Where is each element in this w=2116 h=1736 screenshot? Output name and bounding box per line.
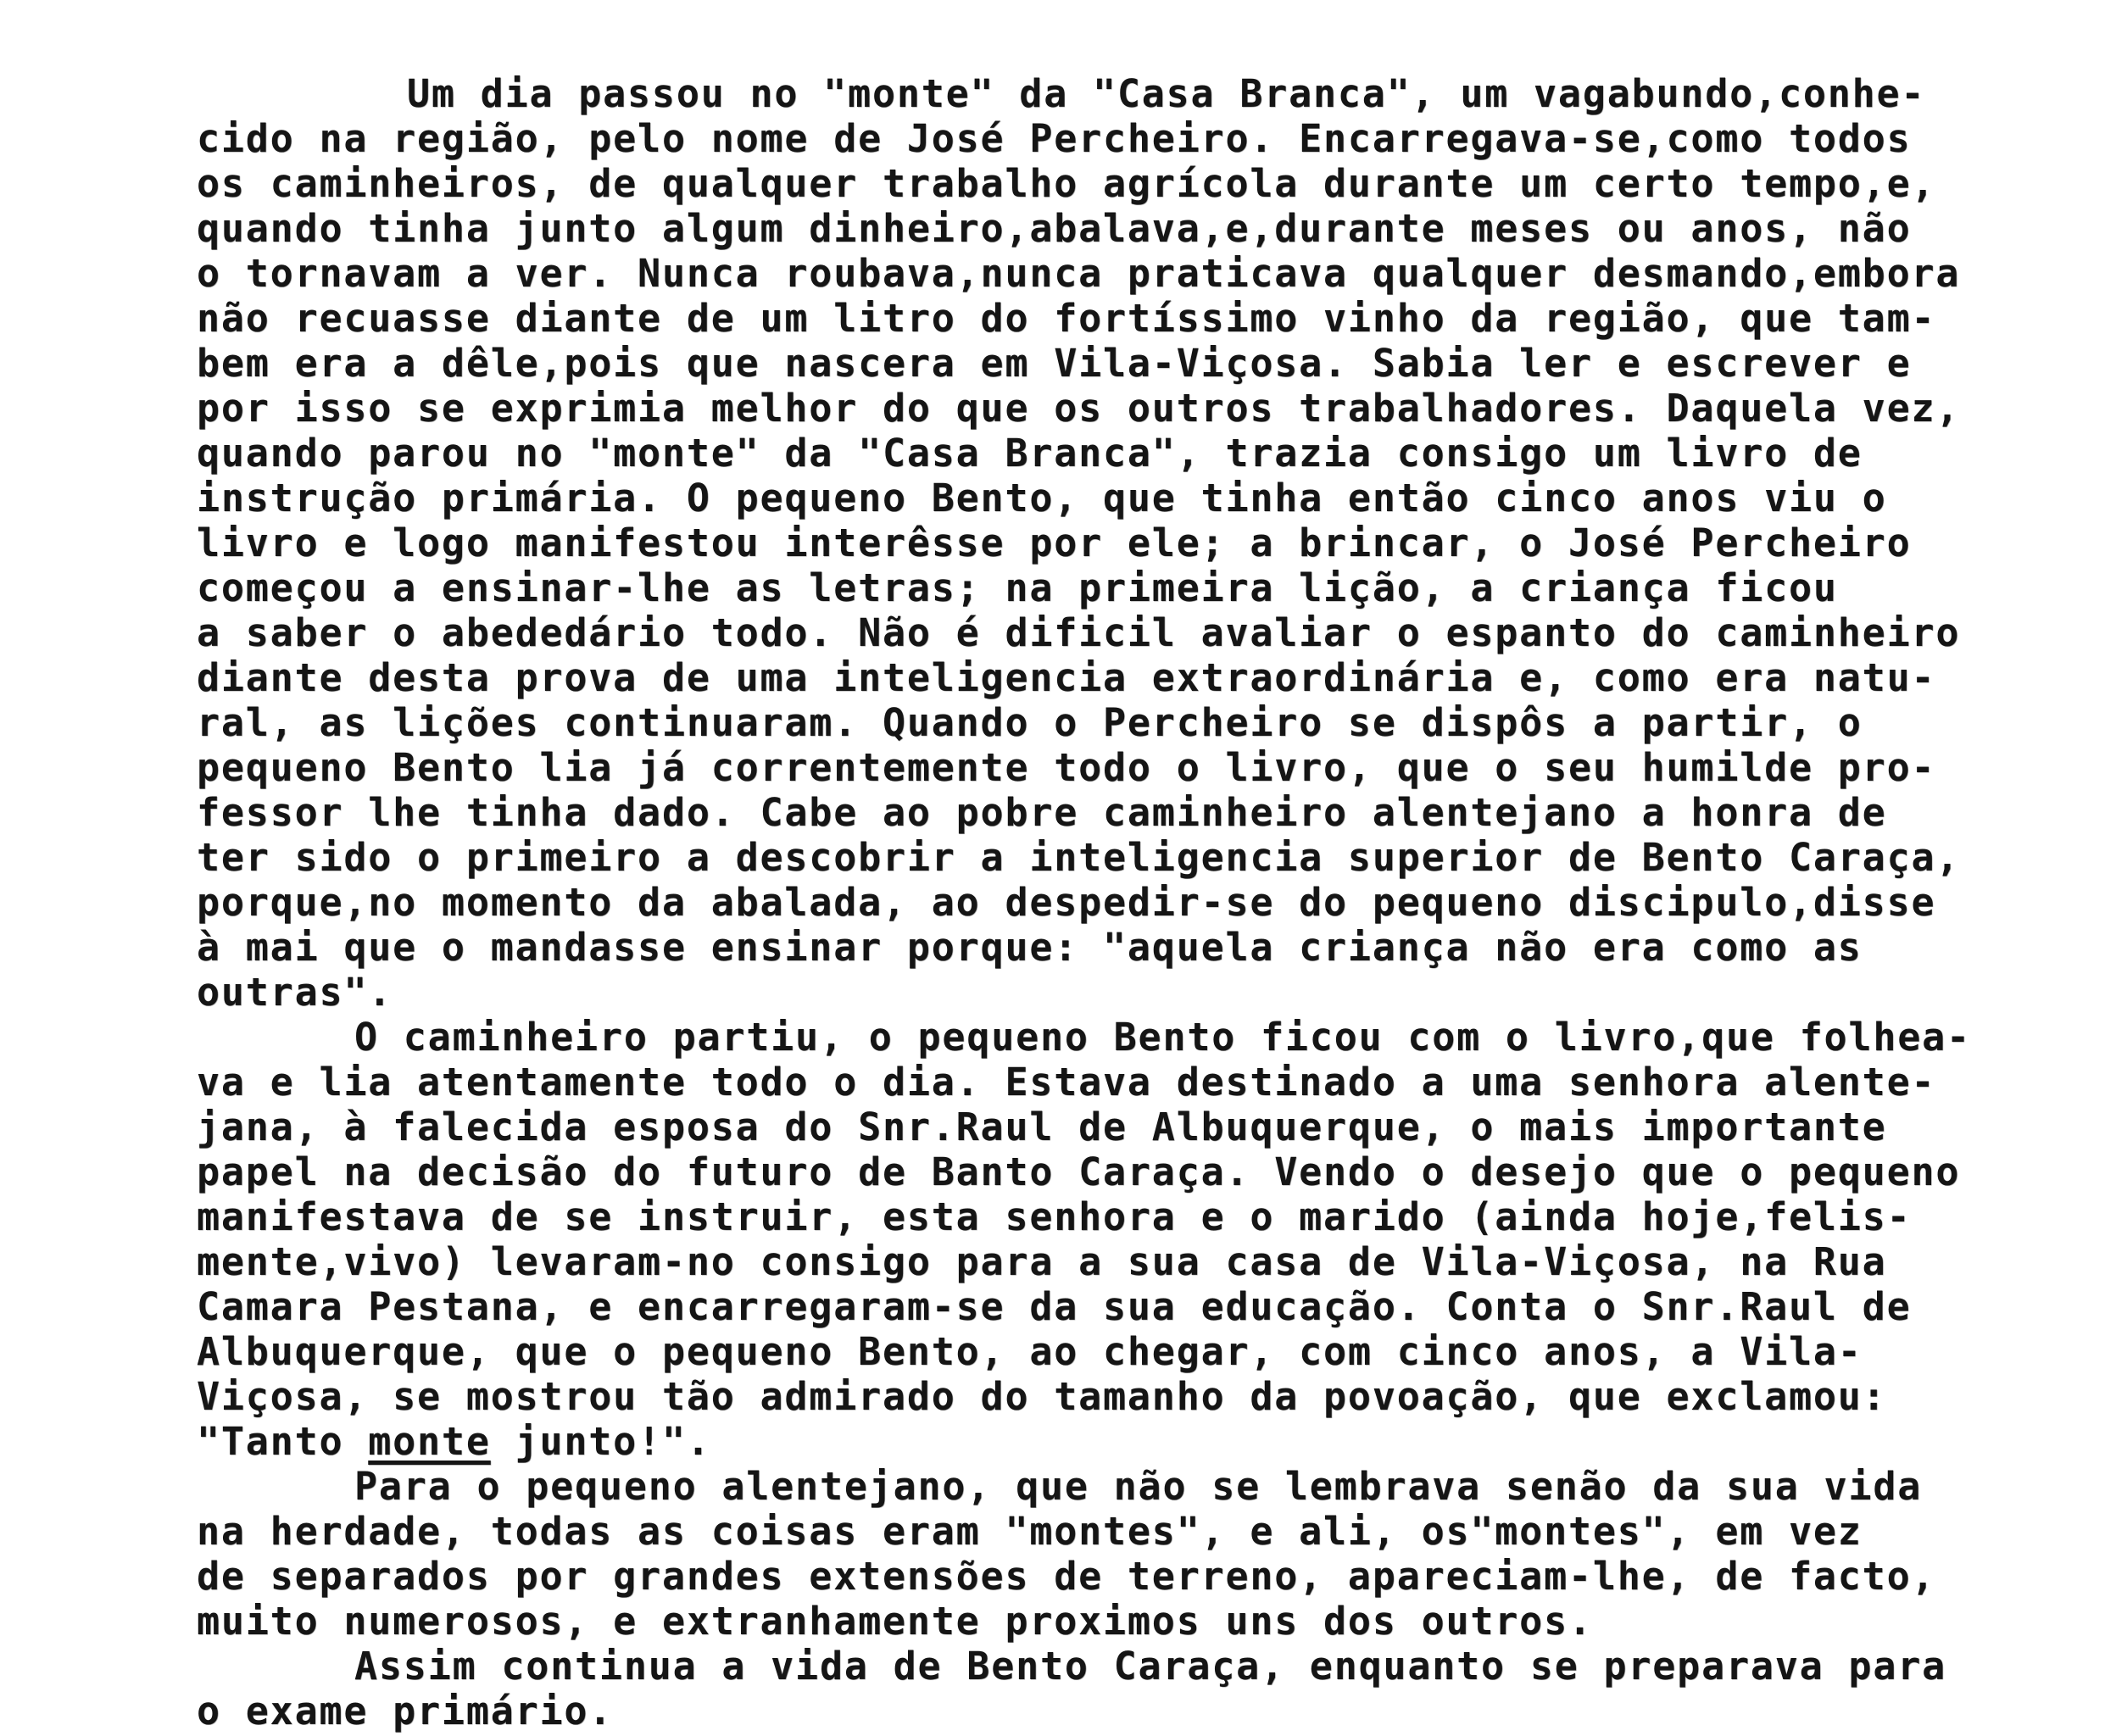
text-line: muito numerosos, e extranhamente proximo… (197, 1599, 2014, 1644)
text-segment: ter sido o primeiro a descobrir a inteli… (197, 835, 1960, 880)
text-segment: papel na decisão do futuro de Banto Cara… (197, 1149, 1960, 1194)
document-page: Um dia passou no "monte" da "Casa Branca… (0, 0, 2116, 1736)
text-line: Viçosa, se mostrou tão admirado do taman… (197, 1374, 2014, 1419)
text-segment: mente,vivo) levaram-no consigo para a su… (197, 1239, 1887, 1284)
text-line: cido na região, pelo nome de José Perche… (197, 116, 2014, 161)
text-line: fessor lhe tinha dado. Cabe ao pobre cam… (197, 790, 2014, 835)
text-line: va e lia atentamente todo o dia. Estava … (197, 1060, 2014, 1104)
text-line: Camara Pestana, e encarregaram-se da sua… (197, 1284, 2014, 1329)
text-line: ter sido o primeiro a descobrir a inteli… (197, 835, 2014, 880)
text-segment: ral, as lições continuaram. Quando o Per… (197, 700, 1863, 745)
text-line: livro e logo manifestou interêsse por el… (197, 520, 2014, 565)
text-segment: fessor lhe tinha dado. Cabe ao pobre cam… (197, 790, 1887, 835)
text-line: instrução primária. O pequeno Bento, que… (197, 476, 2014, 520)
text-segment: cido na região, pelo nome de José Perche… (197, 116, 1911, 161)
text-line: à mai que o mandasse ensinar porque: "aq… (197, 925, 2014, 970)
text-line: bem era a dêle,pois que nascera em Vila-… (197, 341, 2014, 386)
text-line: papel na decisão do futuro de Banto Cara… (197, 1149, 2014, 1194)
text-segment: "Tanto (197, 1419, 368, 1464)
text-line: por isso se exprimia melhor do que os ou… (197, 386, 2014, 431)
text-segment: Viçosa, se mostrou tão admirado do taman… (197, 1374, 1887, 1419)
text-line: não recuasse diante de um litro do fortí… (197, 296, 2014, 341)
text-line: pequeno Bento lia já correntemente todo … (197, 745, 2014, 790)
text-segment: Um dia passou no "monte" da "Casa Branca… (407, 71, 1925, 116)
text-segment: quando tinha junto algum dinheiro,abalav… (197, 206, 1911, 251)
text-segment: O caminheiro partiu, o pequeno Bento fic… (354, 1015, 1971, 1060)
text-line: o exame primário. (197, 1689, 2014, 1733)
text-segment: na herdade, todas as coisas eram "montes… (197, 1509, 1863, 1554)
text-line: começou a ensinar-lhe as letras; na prim… (197, 565, 2014, 610)
typewritten-text-block: Um dia passou no "monte" da "Casa Branca… (197, 71, 2014, 1733)
text-line: quando parou no "monte" da "Casa Branca"… (197, 431, 2014, 476)
text-segment: livro e logo manifestou interêsse por el… (197, 520, 1911, 565)
text-segment: junto!". (491, 1419, 711, 1464)
text-segment: outras". (197, 970, 393, 1015)
text-line: porque,no momento da abalada, ao despedi… (197, 880, 2014, 925)
text-segment: instrução primária. O pequeno Bento, que… (197, 476, 1887, 520)
text-segment: bem era a dêle,pois que nascera em Vila-… (197, 341, 1911, 386)
text-line: o tornavam a ver. Nunca roubava,nunca pr… (197, 251, 2014, 296)
text-segment: a saber o abededário todo. Não é dificil… (197, 610, 1960, 655)
text-segment: va e lia atentamente todo o dia. Estava … (197, 1060, 1935, 1104)
text-segment: de separados por grandes extensões de te… (197, 1554, 1935, 1599)
text-line: de separados por grandes extensões de te… (197, 1554, 2014, 1599)
text-segment: por isso se exprimia melhor do que os ou… (197, 386, 1960, 431)
text-line: diante desta prova de uma inteligencia e… (197, 655, 2014, 700)
text-segment: jana, à falecida esposa do Snr.Raul de A… (197, 1104, 1887, 1149)
text-line: Um dia passou no "monte" da "Casa Branca… (197, 71, 2014, 116)
text-segment: Albuquerque, que o pequeno Bento, ao che… (197, 1329, 1863, 1374)
text-line: outras". (197, 970, 2014, 1015)
text-segment: pequeno Bento lia já correntemente todo … (197, 745, 1935, 790)
underlined-word: monte (368, 1419, 490, 1464)
text-segment: os caminheiros, de qualquer trabalho agr… (197, 161, 1935, 206)
text-segment: muito numerosos, e extranhamente proximo… (197, 1599, 1593, 1644)
text-segment: começou a ensinar-lhe as letras; na prim… (197, 565, 1838, 610)
text-line: os caminheiros, de qualquer trabalho agr… (197, 161, 2014, 206)
text-segment: diante desta prova de uma inteligencia e… (197, 655, 1935, 700)
text-segment: manifestava de se instruir, esta senhora… (197, 1194, 1911, 1239)
text-line: manifestava de se instruir, esta senhora… (197, 1194, 2014, 1239)
text-line: ral, as lições continuaram. Quando o Per… (197, 700, 2014, 745)
text-segment: o tornavam a ver. Nunca roubava,nunca pr… (197, 251, 1960, 296)
text-line: jana, à falecida esposa do Snr.Raul de A… (197, 1104, 2014, 1149)
text-segment: Camara Pestana, e encarregaram-se da sua… (197, 1284, 1911, 1329)
text-segment: o exame primário. (197, 1689, 613, 1733)
text-line: a saber o abededário todo. Não é dificil… (197, 610, 2014, 655)
text-segment: Assim continua a vida de Bento Caraça, e… (354, 1644, 1946, 1689)
text-segment: quando parou no "monte" da "Casa Branca"… (197, 431, 1863, 476)
text-line: Assim continua a vida de Bento Caraça, e… (197, 1644, 2014, 1689)
text-line: O caminheiro partiu, o pequeno Bento fic… (197, 1015, 2014, 1060)
text-line: "Tanto monte junto!". (197, 1419, 2014, 1464)
text-line: quando tinha junto algum dinheiro,abalav… (197, 206, 2014, 251)
text-segment: Para o pequeno alentejano, que não se le… (354, 1464, 1922, 1509)
text-line: mente,vivo) levaram-no consigo para a su… (197, 1239, 2014, 1284)
text-segment: à mai que o mandasse ensinar porque: "aq… (197, 925, 1863, 970)
text-line: na herdade, todas as coisas eram "montes… (197, 1509, 2014, 1554)
text-segment: não recuasse diante de um litro do fortí… (197, 296, 1935, 341)
text-line: Albuquerque, que o pequeno Bento, ao che… (197, 1329, 2014, 1374)
text-line: Para o pequeno alentejano, que não se le… (197, 1464, 2014, 1509)
text-segment: porque,no momento da abalada, ao despedi… (197, 880, 1935, 925)
